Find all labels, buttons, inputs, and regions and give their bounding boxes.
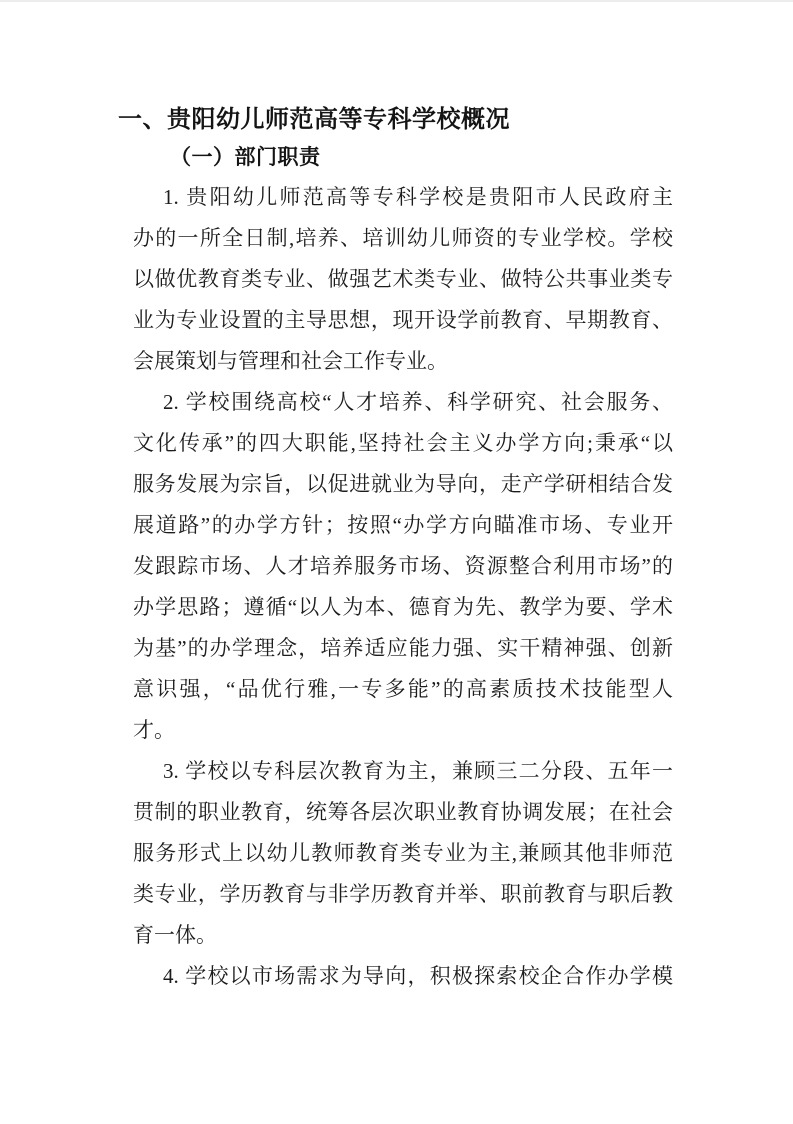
text-line: 为基”的办学理念，培养适应能力强、实干精神强、创新 [133, 628, 673, 669]
section-heading: （一）部门职责 [170, 139, 673, 176]
text-line: 发跟踪市场、人才培养服务市场、资源整合利用市场”的 [133, 546, 673, 587]
text-line: 意识强，“品优行雅,一专多能”的高素质技术技能型人 [133, 669, 673, 710]
text-line: 2. 学校围绕高校“人才培养、科学研究、社会服务、 [133, 382, 673, 423]
text-line: 服务发展为宗旨，以促进就业为导向，走产学研相结合发 [133, 464, 673, 505]
text-line: 3. 学校以专科层次教育为主，兼顾三二分段、五年一 [133, 751, 673, 792]
text-line: 4. 学校以市场需求为导向，积极探索校企合作办学模 [133, 956, 673, 997]
text-line: 1. 贵阳幼儿师范高等专科学校是贵阳市人民政府主 [133, 177, 673, 218]
text-line: 会展策划与管理和社会工作专业。 [133, 341, 673, 382]
text-line: 以做优教育类专业、做强艺术类专业、做特公共事业类专 [133, 259, 673, 300]
paragraph: 3. 学校以专科层次教育为主，兼顾三二分段、五年一贯制的职业教育，统筹各层次职业… [133, 751, 673, 956]
paragraph: 1. 贵阳幼儿师范高等专科学校是贵阳市人民政府主办的一所全日制,培养、培训幼儿师… [133, 177, 673, 382]
text-line: 贯制的职业教育，统筹各层次职业教育协调发展；在社会 [133, 792, 673, 833]
text-line: 展道路”的办学方针；按照“办学方向瞄准市场、专业开 [133, 505, 673, 546]
text-line: 文化传承”的四大职能,坚持社会主义办学方向;秉承“以 [133, 423, 673, 464]
text-line: 业为专业设置的主导思想，现开设学前教育、早期教育、 [133, 300, 673, 341]
text-line: 办学思路；遵循“以人为本、德育为先、教学为要、学术 [133, 587, 673, 628]
text-line: 类专业，学历教育与非学历教育并举、职前教育与职后教 [133, 874, 673, 915]
document-page: 一、贵阳幼儿师范高等专科学校概况 （一）部门职责 1. 贵阳幼儿师范高等专科学校… [0, 0, 793, 1124]
page-title: 一、贵阳幼儿师范高等专科学校概况 [118, 101, 673, 139]
text-line: 办的一所全日制,培养、培训幼儿师资的专业学校。学校 [133, 218, 673, 259]
document-content: 一、贵阳幼儿师范高等专科学校概况 （一）部门职责 1. 贵阳幼儿师范高等专科学校… [133, 101, 673, 997]
text-line: 服务形式上以幼儿教师教育类专业为主,兼顾其他非师范 [133, 833, 673, 874]
paragraph: 4. 学校以市场需求为导向，积极探索校企合作办学模 [133, 956, 673, 997]
text-line: 才。 [133, 710, 673, 751]
paragraph: 2. 学校围绕高校“人才培养、科学研究、社会服务、文化传承”的四大职能,坚持社会… [133, 382, 673, 751]
text-line: 育一体。 [133, 915, 673, 956]
document-body: 1. 贵阳幼儿师范高等专科学校是贵阳市人民政府主办的一所全日制,培养、培训幼儿师… [133, 177, 673, 997]
